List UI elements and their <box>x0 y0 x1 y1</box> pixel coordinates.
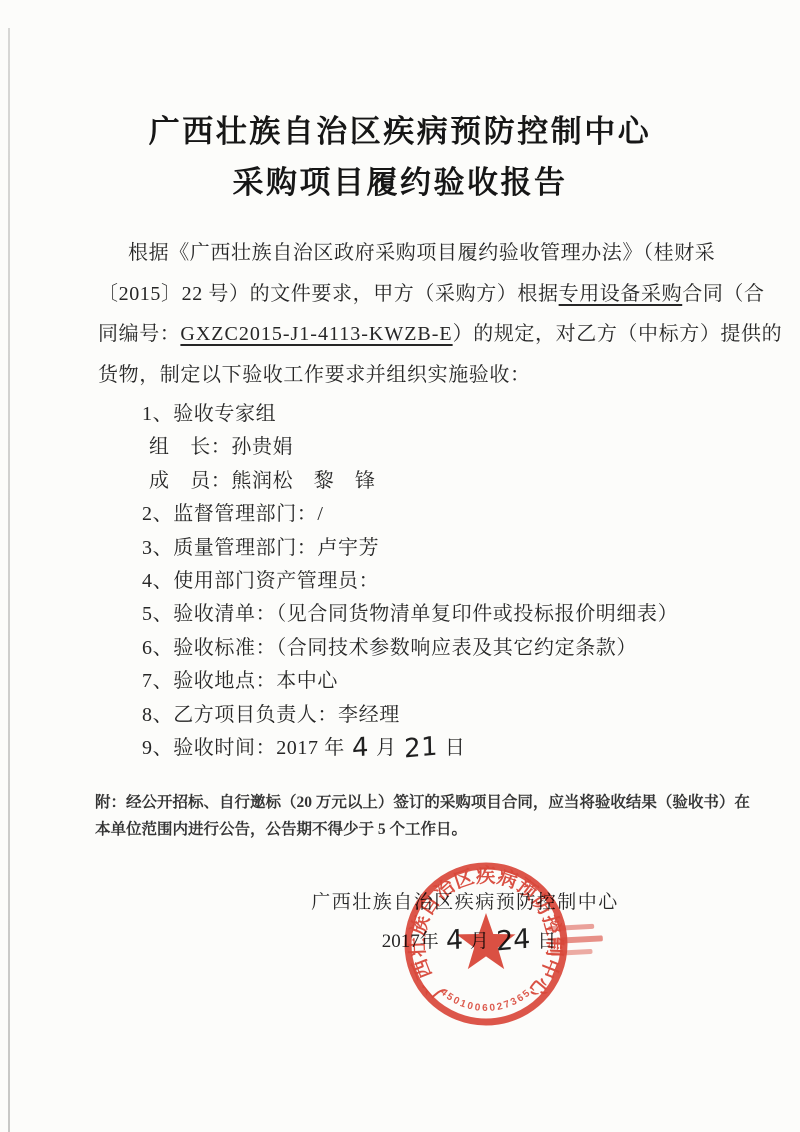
document-title-line1: 广西壮族自治区疾病预防控制中心 <box>0 106 800 151</box>
list-item-expert-group: 1、验收专家组 <box>142 398 678 431</box>
seal-serial-number: 4501006027365 <box>438 987 534 1014</box>
intro-text: 根据《广西壮族自治区政府采购项目履约验收管理办法》（桂财采 <box>128 242 715 264</box>
list-item-acceptance-location: 7、验收地点：本中心 <box>142 665 678 698</box>
day-label: 日 <box>445 737 466 759</box>
document-title-line2: 采购项目履约验收报告 <box>0 157 800 202</box>
intro-text: 货物，制定以下验收工作要求并组织实施验收： <box>98 364 531 386</box>
intro-line-3: 同编号：GXZC2015-J1-4113-KWZB-E）的规定，对乙方（中标方）… <box>98 314 738 355</box>
list-item-group-leader: 组 长：孙贵娟 <box>142 431 678 464</box>
intro-text: ）的规定，对乙方（中标方）提供的 <box>453 323 783 345</box>
underlined-contract-subject: 专用设备采购 <box>559 283 683 305</box>
seal-star-icon <box>457 913 516 969</box>
underlined-contract-number: GXZC2015-J1-4113-KWZB-E <box>180 323 452 345</box>
official-seal-stamp: 广西壮族自治区疾病预防控制中心 4501006027365 <box>403 861 603 1029</box>
seal-serial-text-path: 4501006027365 <box>438 987 534 1014</box>
footnote: 附：经公开招标、自行邀标（20 万元以上）签订的采购项目合同，应当将验收结果（验… <box>95 789 750 843</box>
handwritten-month: 4 <box>352 731 370 766</box>
intro-line-2: 〔2015〕22 号）的文件要求，甲方（采购方）根据专用设备采购合同（合 <box>98 274 738 315</box>
list-item-acceptance-time: 9、验收时间：2017 年4月21日 <box>142 732 678 765</box>
intro-text: 〔2015〕22 号）的文件要求，甲方（采购方）根据 <box>98 283 559 305</box>
list-item-members: 成 员：熊润松 黎 锋 <box>142 465 678 498</box>
footnote-line-1: 附：经公开招标、自行邀标（20 万元以上）签订的采购项目合同，应当将验收结果（验… <box>95 789 750 816</box>
list-item-party-b-manager: 8、乙方项目负责人：李经理 <box>142 699 678 732</box>
seal-ink-smudge <box>548 923 603 956</box>
document-page: 广西壮族自治区疾病预防控制中心 采购项目履约验收报告 根据《广西壮族自治区政府采… <box>0 0 800 1132</box>
list-item-acceptance-checklist: 5、验收清单：（见合同货物清单复印件或投标报价明细表） <box>142 598 678 631</box>
intro-paragraph: 根据《广西壮族自治区政府采购项目履约验收管理办法》（桂财采 〔2015〕22 号… <box>98 233 738 395</box>
intro-line-4: 货物，制定以下验收工作要求并组织实施验收： <box>98 355 738 396</box>
handwritten-day: 21 <box>403 730 438 766</box>
intro-line-1: 根据《广西壮族自治区政府采购项目履约验收管理办法》（桂财采 <box>98 233 738 274</box>
footnote-line-2: 本单位范围内进行公告，公告期不得少于 5 个工作日。 <box>95 816 750 843</box>
list-item-supervision-dept: 2、监督管理部门：/ <box>142 498 678 531</box>
list-item-acceptance-standard: 6、验收标准：（合同技术参数响应表及其它约定条款） <box>142 632 678 665</box>
list-item-quality-dept: 3、质量管理部门：卢宇芳 <box>142 532 678 565</box>
intro-text: 同编号： <box>98 323 180 345</box>
month-label: 月 <box>376 737 397 759</box>
intro-text: 合同（合 <box>682 283 764 305</box>
list-item-asset-manager: 4、使用部门资产管理员： <box>142 565 678 598</box>
acceptance-time-prefix: 9、验收时间：2017 年 <box>142 737 345 759</box>
acceptance-list: 1、验收专家组 组 长：孙贵娟 成 员：熊润松 黎 锋 2、监督管理部门：/ 3… <box>142 398 678 765</box>
